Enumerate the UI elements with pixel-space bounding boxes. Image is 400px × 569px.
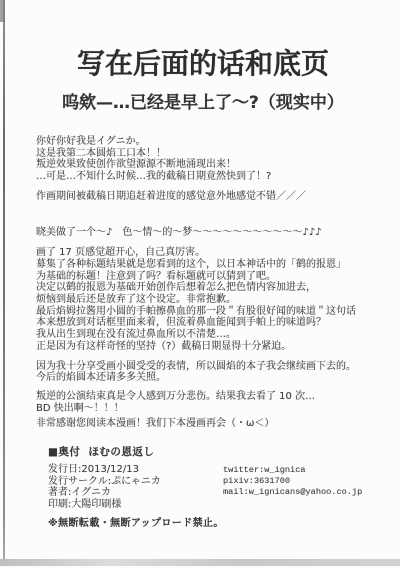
text-line: 印刷:大陽印刷様: [48, 499, 161, 511]
text-line: 你好你好我是イグニか。: [36, 136, 376, 148]
text-line: 为基础的标题！注意到了吗？看标题就可以猜到了吧。: [36, 271, 376, 283]
colophon-contact-info: twitter:w_ignicapixiv:3631700mail:w_igni…: [223, 465, 362, 497]
text-line: 著者:イグニカ: [48, 487, 161, 499]
afterword-paragraph-deadline: 作画期间被截稿日期追赶着进度的感觉意外地感觉不错／／／: [36, 191, 376, 203]
text-line: …可是…不知什么时候…我的截稿日期竟然快到了！?: [36, 171, 376, 183]
afterword-body: 你好你好我是イグニか。这是我第二本圆焰工口本！！叛逆效果致使创作欲望源源不断地涌…: [36, 136, 376, 430]
text-line: 今后的焰圆本还请多多关照。: [36, 372, 376, 384]
text-line: 叛逆的公演结束真是令人感到万分悲伤。结果我去看了 10 次…: [36, 391, 376, 403]
afterword-paragraph-greeting: 你好你好我是イグニか。这是我第二本圆焰工口本！！叛逆效果致使创作欲望源源不断地涌…: [36, 136, 376, 183]
text-line: 叛逆效果致使创作欲望源源不断地涌现出来！: [36, 159, 376, 171]
text-line: 非常感谢您阅读本漫画！我们下本漫画再会（・ω＜）: [36, 418, 376, 430]
colophon-heading-marker: ■: [48, 446, 58, 458]
text-line: 正是因为有这样奇怪的坚持（?）截稿日期显得十分紧迫。: [36, 341, 376, 353]
text-line: 本来想放到对话框里面来着，但流着鼻血能闻到手帕上的味道吗？: [36, 317, 376, 329]
text-line: 决定以鹤的报恩为基础开始创作后想着怎么把色情内容加进去，: [36, 282, 376, 294]
afterword-paragraph-title-story: 画了 17 页感觉超开心，自己真厉害。募集了各种标题结果就是您看到的这个，以日本…: [36, 247, 376, 352]
text-line: 发行サークル:ぷにゃニカ: [48, 476, 161, 488]
text-line: 募集了各种标题结果就是您看到的这个，以日本神话中的「鹤的报恩」: [36, 259, 376, 271]
colophon-publication-info: 发行日:2013/12/13发行サークル:ぷにゃニカ著者:イグニカ印刷:大陽印刷…: [48, 464, 161, 510]
afterword-paragraph-dream: 晓美做了一个～♪ 色～情～的～梦～～～～～～～～～～～♪♪♪: [36, 227, 376, 239]
text-line: 最后焰姆拉酱用小圆的手帕擦鼻血的那一段＂有股很好闻的味道＂这句话: [36, 306, 376, 318]
text-line: 发行日:2013/12/13: [48, 464, 161, 476]
text-line: BD 快出啊～！！！: [36, 403, 376, 415]
text-line: mail:w_ignicans@yahoo.co.jp: [223, 487, 362, 498]
afterword-paragraph-thanks: 非常感谢您阅读本漫画！我们下本漫画再会（・ω＜）: [36, 418, 376, 430]
page-subtitle: 呜欸—…已经是早上了～?（现实中）: [10, 88, 396, 113]
afterword-paragraph-movie: 叛逆的公演结束真是令人感到万分悲伤。结果我去看了 10 次…BD 快出啊～！！！: [36, 391, 376, 414]
copyright-notice: ※無断転載・無断アップロード禁止。: [48, 514, 224, 529]
text-line: 画了 17 页感觉超开心，自己真厉害。: [36, 247, 376, 259]
scan-artifact-left-edge: [3, 0, 5, 561]
text-line: 烦恼到最后还是放弃了这个设定。非常抱歉。: [36, 294, 376, 306]
text-line: pixiv:3631700: [223, 476, 362, 487]
text-line: 作画期间被截稿日期追赶着进度的感觉意外地感觉不错／／／: [36, 191, 376, 203]
text-line: 晓美做了一个～♪ 色～情～的～梦～～～～～～～～～～～♪♪♪: [36, 227, 376, 239]
colophon-heading: ■奥付ほむの恩返し: [48, 444, 154, 459]
afterword-paragraph-future-books: 因为我十分享受画小圆受受的表情，所以圆焰的本子我会继续画下去的。今后的焰圆本还请…: [36, 361, 376, 384]
page-title: 写在后面的话和底页: [10, 42, 396, 82]
colophon-heading-label: 奥付: [58, 446, 80, 458]
text-line: 这是我第二本圆焰工口本！！: [36, 148, 376, 160]
colophon-book-title: ほむの恩返し: [88, 446, 154, 458]
text-line: 我从出生到现在没有流过鼻血所以不清楚…。: [36, 329, 376, 341]
scan-artifact-bottom-edge: [0, 559, 400, 566]
scanned-afterword-page: 写在后面的话和底页 呜欸—…已经是早上了～?（现实中） 你好你好我是イグニか。这…: [0, 0, 400, 569]
text-line: twitter:w_ignica: [223, 465, 362, 476]
text-line: 因为我十分享受画小圆受受的表情，所以圆焰的本子我会继续画下去的。: [36, 361, 376, 373]
